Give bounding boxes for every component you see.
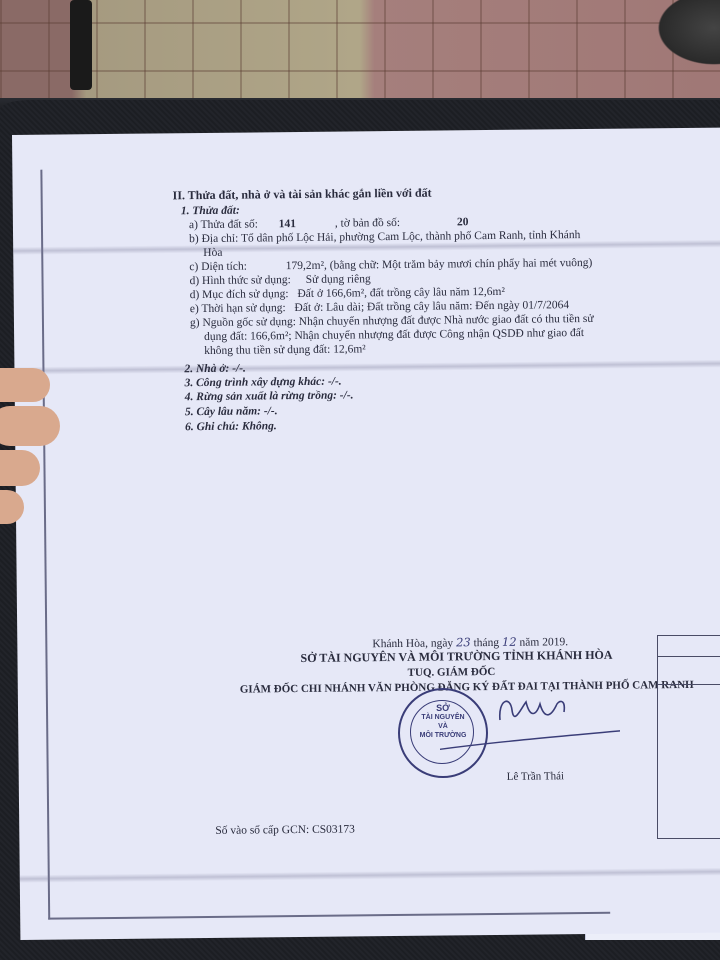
month-label: tháng: [473, 637, 499, 649]
parcel-number-value: 141: [279, 218, 296, 230]
map-sheet-label: , tờ bản đồ số:: [335, 217, 400, 230]
planted-forest-item: 4. Rừng sản xuất là rừng trồng: -/-.: [185, 388, 354, 404]
finger: [0, 406, 60, 446]
table-row-line: [658, 684, 720, 685]
parcel-number-label: a) Thửa đất số:: [189, 218, 258, 231]
registry-value: CS03173: [312, 823, 355, 835]
house-item: 2. Nhà ở: -/-.: [184, 362, 246, 377]
origin-value-line3: không thu tiền sử dụng đất: 12,6m²: [204, 342, 366, 358]
date-day: 23: [456, 635, 471, 649]
strap: [70, 0, 92, 90]
usage-form-label: d) Hình thức sử dụng:: [189, 274, 290, 287]
map-sheet-value: 20: [457, 216, 469, 228]
finger: [0, 450, 40, 486]
section-title: II. Thửa đất, nhà ở và tài sản khác gắn …: [173, 186, 432, 203]
land-heading: 1. Thửa đất:: [181, 204, 240, 219]
area-value: 179,2m², (bằng chữ: Một trăm bảy mươi ch…: [286, 257, 593, 272]
usage-purpose-label: d) Mục đích sử dụng:: [190, 288, 289, 301]
finger: [0, 368, 50, 402]
holding-hand: [0, 368, 60, 528]
finger: [0, 490, 24, 524]
signature-scribble: [440, 690, 620, 760]
address-label: b) Địa chỉ:: [189, 233, 238, 246]
table-row-line: [658, 656, 720, 657]
date-year: năm 2019.: [519, 636, 568, 649]
origin-label: g) Nguồn gốc sử dụng:: [190, 316, 296, 329]
signer-name: Lê Trần Thái: [507, 769, 564, 784]
land-certificate-page: II. Thửa đất, nhà ở và tài sản khác gắn …: [12, 127, 720, 939]
address-value-line2: Hòa: [203, 246, 222, 260]
notes-item: 6. Ghi chú: Không.: [185, 419, 277, 434]
on-behalf-of: TUQ. GIÁM ĐỐC: [408, 665, 496, 680]
vehicle-part: [650, 0, 720, 70]
registry-number: Số vào sổ cấp GCN: CS03173: [215, 822, 355, 837]
area-label: c) Diện tích:: [189, 261, 247, 274]
date-month: 12: [502, 635, 517, 649]
usage-term-label: e) Thời hạn sử dụng:: [190, 302, 286, 315]
date-prefix: Khánh Hòa, ngày: [372, 637, 453, 650]
registry-label: Số vào sổ cấp GCN:: [215, 824, 309, 837]
address-value: Tổ dân phố Lộc Hải, phường Cam Lộc, thàn…: [241, 229, 580, 245]
usage-purpose-value: Đất ở 166,6m², đất trồng cây lâu năm 12,…: [297, 286, 505, 300]
perennial-trees-item: 5. Cây lâu năm: -/-.: [185, 404, 278, 419]
usage-form-value: Sử dụng riêng: [306, 273, 371, 286]
side-table: [657, 635, 720, 839]
